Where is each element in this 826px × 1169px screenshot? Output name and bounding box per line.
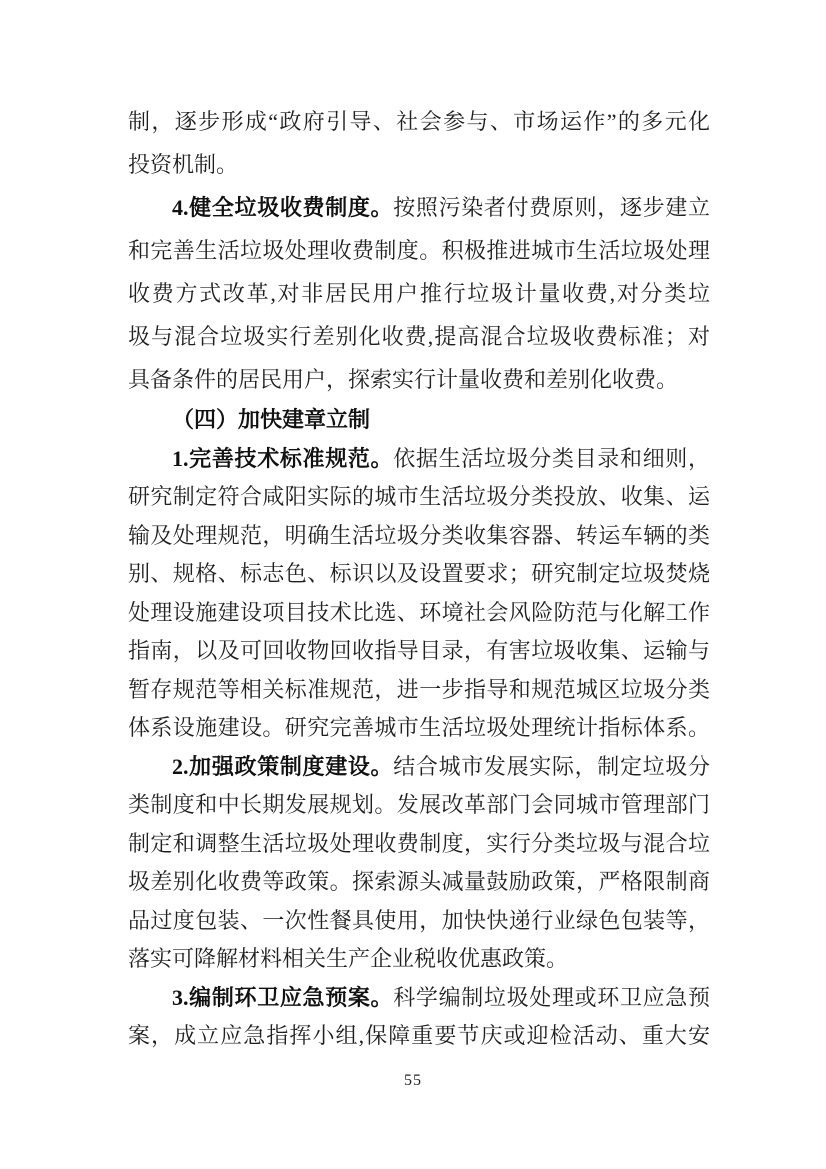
text-line: 制，逐步形成“政府引导、社会参与、市场运作”的多元化 bbox=[128, 100, 710, 143]
text-run: 制定和调整生活垃圾处理收费制度，实行分类垃圾与混合垃 bbox=[128, 831, 710, 856]
document-body: 制，逐步形成“政府引导、社会参与、市场运作”的多元化投资机制。4.健全垃圾收费制… bbox=[128, 100, 710, 1056]
text-run: 依据生活垃圾分类目录和细则， bbox=[393, 446, 710, 471]
text-run: 科学编制垃圾处理或环卫应急预 bbox=[393, 985, 710, 1010]
text-line: 圾差别化收费等政策。探索源头减量鼓励政策，严格限制商 bbox=[128, 863, 710, 902]
text-line: 3.编制环卫应急预案。科学编制垃圾处理或环卫应急预 bbox=[128, 979, 710, 1018]
text-line: 收费方式改革,对非居民用户推行垃圾计量收费,对分类垃 bbox=[128, 272, 710, 315]
text-run: 具备条件的居民用户，探索实行计量收费和差别化收费。 bbox=[128, 367, 678, 392]
text-run: 别、规格、标志色、标识以及设置要求；研究制定垃圾焚烧 bbox=[128, 561, 710, 586]
text-run: 指南，以及可回收物回收指导目录，有害垃圾收集、运输与 bbox=[128, 638, 710, 663]
text-line: 体系设施建设。研究完善城市生活垃圾处理统计指标体系。 bbox=[128, 709, 710, 748]
page-number: 55 bbox=[0, 1072, 826, 1090]
bold-run: 1.完善技术标准规范。 bbox=[172, 446, 393, 471]
bold-run: （四）加快建章立制 bbox=[172, 407, 370, 432]
text-line: 处理设施建设项目技术比选、环境社会风险防范与化解工作 bbox=[128, 594, 710, 633]
text-run: 类制度和中长期发展规划。发展改革部门会同城市管理部门 bbox=[128, 792, 710, 817]
text-line: 指南，以及可回收物回收指导目录，有害垃圾收集、运输与 bbox=[128, 632, 710, 671]
text-line: 案，成立应急指挥小组,保障重要节庆或迎检活动、重大安 bbox=[128, 1017, 710, 1056]
bold-run: 3.编制环卫应急预案。 bbox=[172, 985, 393, 1010]
text-line: 制定和调整生活垃圾处理收费制度，实行分类垃圾与混合垃 bbox=[128, 825, 710, 864]
text-run: 处理设施建设项目技术比选、环境社会风险防范与化解工作 bbox=[128, 600, 710, 625]
document-page: 制，逐步形成“政府引导、社会参与、市场运作”的多元化投资机制。4.健全垃圾收费制… bbox=[0, 0, 826, 1169]
block-lower: （四）加快建章立制1.完善技术标准规范。依据生活垃圾分类目录和细则，研究制定符合… bbox=[128, 401, 710, 1056]
text-line: 具备条件的居民用户，探索实行计量收费和差别化收费。 bbox=[128, 358, 710, 401]
text-run: 结合城市发展实际，制定垃圾分 bbox=[393, 754, 710, 779]
text-run: 圾差别化收费等政策。探索源头减量鼓励政策，严格限制商 bbox=[128, 869, 710, 894]
section-heading: （四）加快建章立制 bbox=[128, 401, 710, 440]
text-run: 暂存规范等相关标准规范，进一步指导和规范城区垃圾分类 bbox=[128, 677, 710, 702]
text-run: 落实可降解材料相关生产企业税收优惠政策。 bbox=[128, 946, 568, 971]
text-line: 类制度和中长期发展规划。发展改革部门会同城市管理部门 bbox=[128, 786, 710, 825]
bold-run: 2.加强政策制度建设。 bbox=[172, 754, 393, 779]
text-line: 4.健全垃圾收费制度。按照污染者付费原则，逐步建立 bbox=[128, 186, 710, 229]
text-run: 研究制定符合咸阳实际的城市生活垃圾分类投放、收集、运 bbox=[128, 484, 710, 509]
text-run: 和完善生活垃圾处理收费制度。积极推进城市生活垃圾处理 bbox=[128, 238, 710, 263]
text-line: 投资机制。 bbox=[128, 143, 710, 186]
text-line: 和完善生活垃圾处理收费制度。积极推进城市生活垃圾处理 bbox=[128, 229, 710, 272]
text-run: 制，逐步形成“政府引导、社会参与、市场运作”的多元化 bbox=[128, 109, 710, 134]
text-line: 输及处理规范，明确生活垃圾分类收集容器、转运车辆的类 bbox=[128, 517, 710, 556]
text-line: 圾与混合垃圾实行差别化收费,提高混合垃圾收费标准；对 bbox=[128, 315, 710, 358]
text-run: 输及处理规范，明确生活垃圾分类收集容器、转运车辆的类 bbox=[128, 523, 710, 548]
text-line: 2.加强政策制度建设。结合城市发展实际，制定垃圾分 bbox=[128, 748, 710, 787]
text-line: 研究制定符合咸阳实际的城市生活垃圾分类投放、收集、运 bbox=[128, 478, 710, 517]
text-run: 投资机制。 bbox=[128, 152, 238, 177]
text-line: 别、规格、标志色、标识以及设置要求；研究制定垃圾焚烧 bbox=[128, 555, 710, 594]
text-run: 品过度包装、一次性餐具使用，加快快递行业绿色包装等， bbox=[128, 908, 710, 933]
text-run: 圾与混合垃圾实行差别化收费,提高混合垃圾收费标准；对 bbox=[128, 324, 710, 349]
text-line: 品过度包装、一次性餐具使用，加快快递行业绿色包装等， bbox=[128, 902, 710, 941]
text-line: 1.完善技术标准规范。依据生活垃圾分类目录和细则， bbox=[128, 440, 710, 479]
block-upper: 制，逐步形成“政府引导、社会参与、市场运作”的多元化投资机制。4.健全垃圾收费制… bbox=[128, 100, 710, 401]
text-line: 暂存规范等相关标准规范，进一步指导和规范城区垃圾分类 bbox=[128, 671, 710, 710]
text-run: 体系设施建设。研究完善城市生活垃圾处理统计指标体系。 bbox=[128, 715, 710, 740]
bold-run: 4.健全垃圾收费制度。 bbox=[172, 195, 393, 220]
text-run: 按照污染者付费原则，逐步建立 bbox=[393, 195, 710, 220]
text-line: 落实可降解材料相关生产企业税收优惠政策。 bbox=[128, 940, 710, 979]
text-run: 案，成立应急指挥小组,保障重要节庆或迎检活动、重大安 bbox=[128, 1023, 710, 1048]
text-run: 收费方式改革,对非居民用户推行垃圾计量收费,对分类垃 bbox=[128, 281, 710, 306]
